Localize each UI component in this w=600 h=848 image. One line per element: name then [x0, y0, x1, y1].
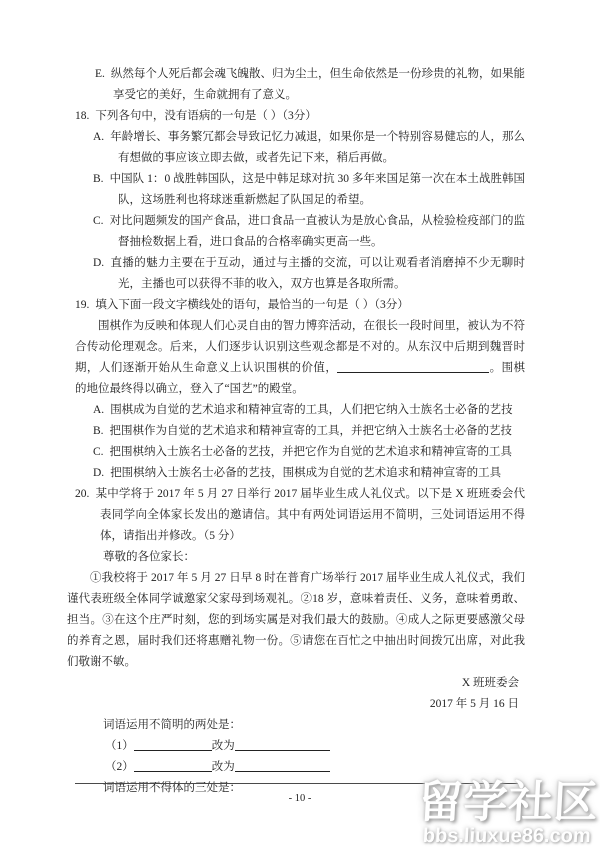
exam-paper-page: E.纵然每个人死后都会魂飞魄散、归为尘土，但生命依然是一份珍贵的礼物，如果能享受… [0, 0, 600, 848]
fill-in-blank-line [337, 360, 489, 373]
watermark-site-url: bbs.liuxue86.com [416, 826, 597, 846]
question-18-text: 下列各句中，没有语病的一句是（ ）（3分） [95, 110, 316, 122]
option-label: B. [93, 425, 110, 437]
exam-content: E.纵然每个人死后都会魂飞魄散、归为尘土，但生命依然是一份珍贵的礼物，如果能享受… [75, 64, 525, 799]
option-text: 年龄增长、事务繁冗都会导致记忆力减退，如果你是一个特别容易健忘的人，那么有想做的… [110, 131, 525, 164]
question-20-number: 20. [75, 488, 95, 500]
question-20-text: 某中学将于 2017 年 5 月 27 日举行 2017 届毕业生成人礼仪式。以… [95, 488, 525, 542]
option-text: 直播的魅力主要在于互动，通过与主播的交流，可以让观看者消磨掉不少无聊时光，主播也… [110, 257, 525, 290]
option-label: D. [93, 257, 110, 269]
question-19-option-a: A.围棋成为自觉的艺术追求和精神宣寄的工具，人们把它纳入士族名士必备的艺技 [93, 400, 525, 421]
question-18-number: 18. [75, 110, 95, 122]
option-label: C. [93, 446, 110, 458]
letter-salutation: 尊敬的各位家长： [103, 547, 525, 568]
letter-signature: X 班班委会 [75, 673, 525, 694]
answer-line-1-prefix: （1） [105, 740, 134, 752]
option-label: D. [93, 467, 110, 479]
answer-blank-line [235, 759, 330, 772]
change-to-label: 改为 [212, 740, 235, 752]
page-number: - 10 - [75, 788, 525, 809]
question-18-stem: 18.下列各句中，没有语病的一句是（ ）（3分） [75, 106, 525, 127]
letter-date: 2017 年 5 月 16 日 [75, 694, 525, 715]
option-text: 围棋成为自觉的艺术追求和精神宣寄的工具，人们把它纳入士族名士必备的艺技 [110, 404, 513, 416]
option-label: C. [93, 215, 110, 227]
answer-line-2: （2）改为 [105, 757, 525, 778]
answer-blank-line [134, 759, 212, 772]
question-20-stem: 20.某中学将于 2017 年 5 月 27 日举行 2017 届毕业生成人礼仪… [75, 484, 525, 547]
option-text: 把围棋纳入士族名士必备的艺技，围棋成为自觉的艺术追求和精神宣寄的工具 [110, 467, 501, 479]
question-18-option-b: B.中国队 1：0 战胜韩国队，这是中韩足球对抗 30 多年来国足第一次在本土战… [93, 169, 525, 211]
question-19-option-d: D.把围棋纳入士族名士必备的艺技，围棋成为自觉的艺术追求和精神宣寄的工具 [93, 463, 525, 484]
answer-blank-line [235, 738, 330, 751]
question-18-option-d: D.直播的魅力主要在于互动，通过与主播的交流，可以让观看者消磨掉不少无聊时光，主… [93, 253, 525, 295]
question-19-option-b: B.把围棋作为自觉的艺术追求和精神宣寄的工具，并把它纳入士族名士必备的艺技 [93, 421, 525, 442]
question-19-number: 19. [75, 299, 95, 311]
option-label: B. [93, 173, 110, 185]
option-e: E.纵然每个人死后都会魂飞魄散、归为尘土，但生命依然是一份珍贵的礼物，如果能享受… [95, 64, 525, 106]
question-18-option-c: C.对比问题频发的国产食品，进口食品一直被认为是放心食品，从检验检疫部门的监督抽… [93, 211, 525, 253]
answer-line-2-prefix: （2） [105, 761, 134, 773]
question-19-text: 填入下面一段文字横线处的语句，最恰当的一句是（ ）（3分） [95, 299, 408, 311]
option-e-text: 纵然每个人死后都会魂飞魄散、归为尘土，但生命依然是一份珍贵的礼物，如果能享受它的… [111, 68, 525, 101]
question-19-stem: 19.填入下面一段文字横线处的语句，最恰当的一句是（ ）（3分） [75, 295, 525, 316]
change-to-label: 改为 [212, 761, 235, 773]
question-18-option-a: A.年龄增长、事务繁冗都会导致记忆力减退，如果你是一个特别容易健忘的人，那么有想… [93, 127, 525, 169]
option-text: 中国队 1：0 战胜韩国队，这是中韩足球对抗 30 多年来国足第一次在本土战胜韩… [110, 173, 525, 206]
answer-blank-line [134, 738, 212, 751]
answer-prompt-unclear: 词语运用不简明的两处是： [103, 715, 525, 736]
option-label: A. [93, 131, 110, 143]
answer-line-1: （1）改为 [105, 736, 525, 757]
option-text: 把围棋作为自觉的艺术追求和精神宣寄的工具，并把它纳入士族名士必备的艺技 [110, 425, 513, 437]
option-text: 对比问题频发的国产食品，进口食品一直被认为是放心食品，从检验检疫部门的监督抽检数… [110, 215, 525, 248]
footer-divider [75, 783, 522, 784]
letter-body: ①我校将于 2017 年 5 月 27 日早 8 时在普育广场举行 2017 届… [67, 568, 525, 673]
option-text: 把围棋纳入士族名士必备的艺技，并把它作为自觉的艺术追求和精神宣寄的工具 [110, 446, 513, 458]
question-19-passage: 围棋作为反映和体现人们心灵自由的智力博弈活动，在很长一段时间里，被认为不符合传动… [75, 316, 525, 400]
option-e-label: E. [95, 68, 111, 80]
question-19-option-c: C.把围棋纳入士族名士必备的艺技，并把它作为自觉的艺术追求和精神宣寄的工具 [93, 442, 525, 463]
option-label: A. [93, 404, 110, 416]
